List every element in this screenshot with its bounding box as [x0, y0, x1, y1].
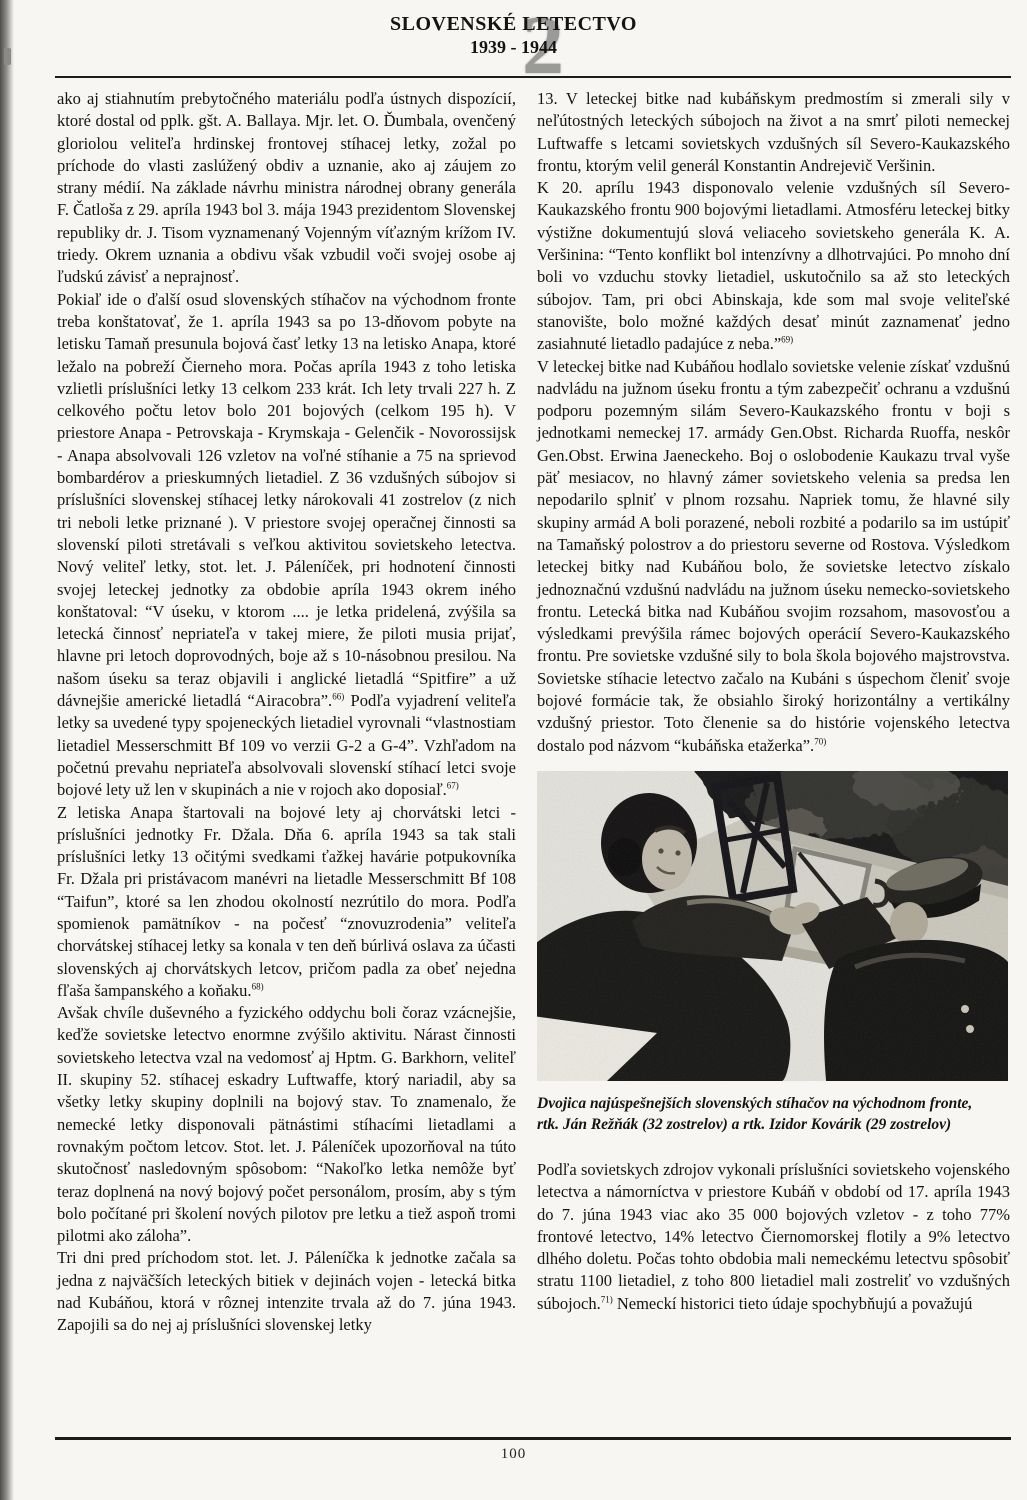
paragraph: K 20. aprílu 1943 disponovalo velenie vz… — [537, 177, 1010, 355]
footnote-marker: 66) — [332, 692, 344, 702]
right-column-top-text: 13. V leteckej bitke nad kubáňskym predm… — [537, 88, 1010, 757]
right-column-bottom-text: Podľa sovietskych zdrojov vykonali prísl… — [537, 1159, 1010, 1315]
footnote-marker: 70) — [814, 736, 826, 746]
footnote-marker: 69) — [781, 335, 793, 345]
page-number: 100 — [0, 1446, 1027, 1463]
page-header: 2 SLOVENSKÉ LETECTVO 1939 - 1944 — [0, 12, 1027, 76]
photo-caption: Dvojica najúspešnejších slovenských stíh… — [537, 1093, 1010, 1135]
pilots-photo-art — [537, 771, 1008, 1081]
footnote-marker: 71) — [601, 1294, 613, 1304]
footnote-marker: 68) — [252, 981, 264, 991]
paragraph: Tri dni pred príchodom stot. let. J. Pál… — [57, 1247, 516, 1336]
footer-divider — [55, 1437, 1011, 1440]
pilots-photo-figure: Dvojica najúspešnejších slovenských stíh… — [537, 771, 1010, 1135]
paragraph: Podľa sovietskych zdrojov vykonali prísl… — [537, 1159, 1010, 1315]
paragraph: ako aj stiahnutím prebytočného materiálu… — [57, 88, 516, 289]
paragraph: Pokiaľ ide o ďalší osud slovenských stíh… — [57, 289, 516, 802]
book-page: { "header": { "title": "SLOVENSKÉ LETECT… — [0, 0, 1027, 1500]
scan-edge-shadow — [0, 0, 14, 1500]
paragraph: V leteckej bitke nad Kubáňou hodlalo sov… — [537, 356, 1010, 757]
book-subtitle: 1939 - 1944 — [0, 36, 1027, 58]
right-text-column: 13. V leteckej bitke nad kubáňskym predm… — [537, 88, 1010, 1315]
photo-caption-line1: Dvojica najúspešnejších slovenských stíh… — [537, 1093, 1010, 1114]
paragraph: Avšak chvíle duševného a fyzického oddyc… — [57, 1002, 516, 1247]
header-divider — [55, 76, 1011, 78]
paragraph: 13. V leteckej bitke nad kubáňskym predm… — [537, 88, 1010, 177]
photo-caption-line2: rtk. Ján Režňák (32 zostrelov) a rtk. Iz… — [537, 1114, 1010, 1135]
book-title: SLOVENSKÉ LETECTVO — [0, 12, 1027, 36]
paragraph: Z letiska Anapa štartovali na bojové let… — [57, 802, 516, 1003]
left-text-column: ako aj stiahnutím prebytočného materiálu… — [57, 88, 516, 1337]
pilots-photo — [537, 771, 1008, 1081]
footnote-marker: 67) — [447, 781, 459, 791]
